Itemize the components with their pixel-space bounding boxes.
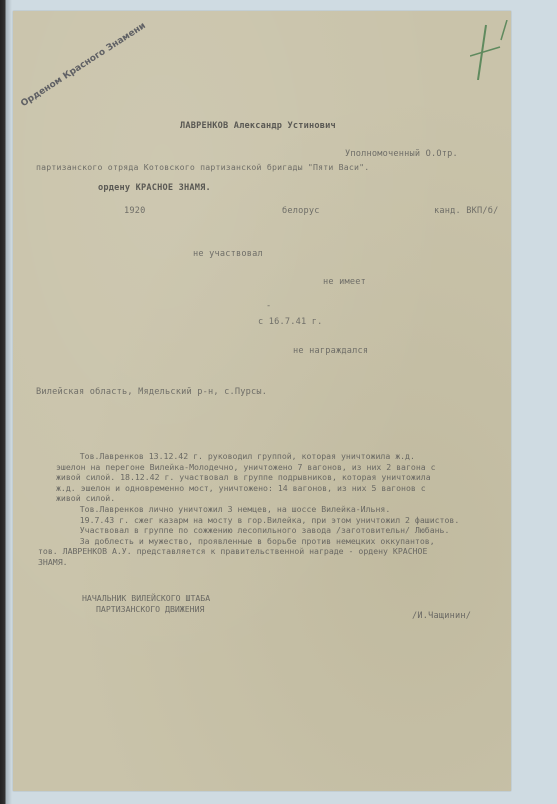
- citation-line: тов. ЛАВРЕНКОВ А.У. представляется к пра…: [38, 546, 510, 557]
- citation-line: Тов.Лавренков 13.12.42 г. руководил груп…: [60, 451, 510, 462]
- signature-title-line-2: ПАРТИЗАНСКОГО ДВИЖЕНИЯ: [96, 604, 210, 615]
- wounds: не имеет: [323, 278, 366, 287]
- service-since: с 16.7.41 г.: [258, 318, 323, 327]
- position-line-1: Уполномоченный О.Отр.: [345, 150, 458, 159]
- citation-line: эшелон на перегоне Вилейка-Молодечно, ун…: [56, 462, 510, 473]
- award-title: ордену КРАСНОЕ ЗНАМЯ.: [98, 184, 211, 193]
- citation-line: Участвовал в группе по сожжению лесопиль…: [60, 525, 510, 536]
- pencil-page-number-mark: [470, 20, 520, 80]
- home-address: Вилейская область, Мядельский р-н, с.Пур…: [36, 388, 267, 397]
- citation-line: живой силой. 18.12.42 г. участвовал в гр…: [56, 472, 510, 483]
- signature-title: НАЧАЛЬНИК ВИЛЕЙСКОГО ШТАБА ПАРТИЗАНСКОГО…: [82, 593, 210, 614]
- citation-line: живой силой.: [56, 493, 510, 504]
- nationality: белорус: [282, 207, 320, 216]
- signature-name: /И.Чащинин/: [412, 612, 471, 621]
- citation-line: ЗНАМЯ.: [38, 557, 510, 568]
- scanner-edge: [0, 0, 12, 804]
- birth-year: 1920: [124, 207, 146, 216]
- dash: -: [266, 302, 271, 311]
- citation-line: Тов.Лавренков лично уничтожил 3 немцев, …: [60, 504, 510, 515]
- party-membership: канд. ВКП/б/: [434, 207, 499, 216]
- citation-line: 19.7.43 г. сжег казарм на мосту в гор.Ви…: [60, 515, 510, 526]
- citation-line: ж.д. эшелон и одновременно мост, уничтож…: [56, 483, 510, 494]
- position-line-2: партизанского отряда Котовского партизан…: [36, 163, 369, 171]
- signature-title-line-1: НАЧАЛЬНИК ВИЛЕЙСКОГО ШТАБА: [82, 593, 210, 604]
- participation: не участвовал: [193, 250, 263, 259]
- citation-line: За доблесть и мужество, проявленные в бо…: [60, 536, 510, 547]
- citation-text: Тов.Лавренков 13.12.42 г. руководил груп…: [60, 451, 510, 568]
- person-name: ЛАВРЕНКОВ Александр Устинович: [180, 122, 336, 131]
- prior-awards: не награждался: [293, 347, 368, 356]
